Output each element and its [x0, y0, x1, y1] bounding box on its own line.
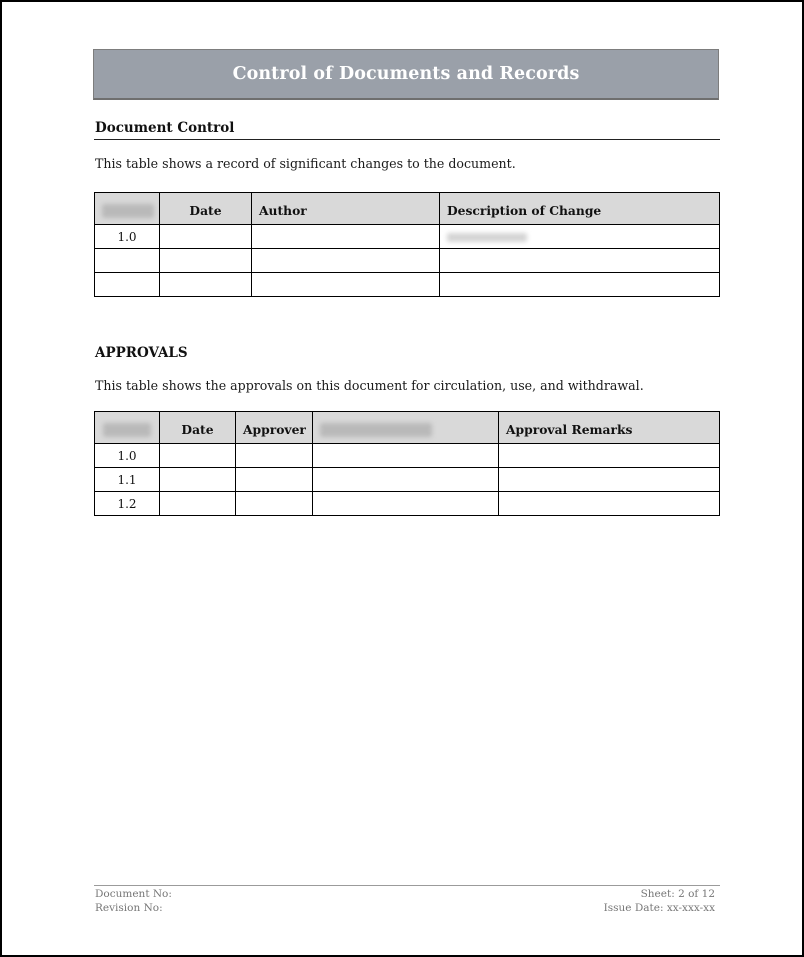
- redacted-text: [103, 423, 151, 437]
- redacted-text: [447, 233, 527, 242]
- table-header-row: Date Author Description of Change: [95, 193, 720, 225]
- revision-cell[interactable]: [95, 273, 160, 297]
- redacted-cell[interactable]: [313, 444, 499, 468]
- approval-remarks-header: Approval Remarks: [499, 412, 720, 444]
- footer-right: Sheet: 2 of 12 Issue Date: xx-xxx-xx: [604, 887, 715, 915]
- approvals-table: Date Approver Approval Remarks 1.0 1.1: [94, 411, 720, 516]
- table-row: 1.0: [95, 444, 720, 468]
- revision-header: [95, 193, 160, 225]
- description-cell[interactable]: [440, 225, 720, 249]
- approver-header: Approver: [236, 412, 313, 444]
- approver-cell[interactable]: [236, 468, 313, 492]
- author-cell[interactable]: [252, 249, 440, 273]
- date-cell[interactable]: [160, 468, 236, 492]
- description-cell[interactable]: [440, 249, 720, 273]
- table-row: [95, 273, 720, 297]
- document-control-table: Date Author Description of Change 1.0: [94, 192, 720, 297]
- revision-cell[interactable]: [95, 249, 160, 273]
- revision-header: [95, 412, 160, 444]
- footer-left: Document No: Revision No:: [95, 887, 172, 915]
- document-control-heading: Document Control: [95, 120, 234, 136]
- description-cell[interactable]: [440, 273, 720, 297]
- table-row: 1.2: [95, 492, 720, 516]
- document-title: Control of Documents and Records: [233, 64, 580, 84]
- revision-cell[interactable]: 1.0: [95, 225, 160, 249]
- redacted-cell[interactable]: [313, 468, 499, 492]
- approvals-heading: APPROVALS: [95, 345, 188, 361]
- redacted-text: [102, 204, 154, 218]
- revision-cell[interactable]: 1.0: [95, 444, 160, 468]
- table-row: 1.1: [95, 468, 720, 492]
- redacted-cell[interactable]: [313, 492, 499, 516]
- date-header: Date: [160, 193, 252, 225]
- approvals-intro: This table shows the approvals on this d…: [95, 378, 644, 393]
- author-header: Author: [252, 193, 440, 225]
- author-cell[interactable]: [252, 273, 440, 297]
- sheet-number: Sheet: 2 of 12: [604, 887, 715, 901]
- date-header: Date: [160, 412, 236, 444]
- title-banner: Control of Documents and Records: [93, 49, 719, 100]
- document-control-intro: This table shows a record of significant…: [95, 156, 516, 171]
- date-cell[interactable]: [160, 273, 252, 297]
- remarks-cell[interactable]: [499, 492, 720, 516]
- table-header-row: Date Approver Approval Remarks: [95, 412, 720, 444]
- date-cell[interactable]: [160, 225, 252, 249]
- approver-cell[interactable]: [236, 444, 313, 468]
- footer-divider: [94, 885, 720, 886]
- date-cell[interactable]: [160, 492, 236, 516]
- date-cell[interactable]: [160, 444, 236, 468]
- redacted-header: [313, 412, 499, 444]
- heading-divider: [94, 139, 720, 140]
- revision-no-label: Revision No:: [95, 901, 172, 915]
- approver-cell[interactable]: [236, 492, 313, 516]
- revision-cell[interactable]: 1.2: [95, 492, 160, 516]
- remarks-cell[interactable]: [499, 468, 720, 492]
- author-cell[interactable]: [252, 225, 440, 249]
- date-cell[interactable]: [160, 249, 252, 273]
- redacted-text: [320, 423, 432, 437]
- revision-cell[interactable]: 1.1: [95, 468, 160, 492]
- table-row: 1.0: [95, 225, 720, 249]
- table-row: [95, 249, 720, 273]
- description-header: Description of Change: [440, 193, 720, 225]
- document-page: Control of Documents and Records Documen…: [0, 0, 804, 957]
- document-no-label: Document No:: [95, 887, 172, 901]
- issue-date: Issue Date: xx-xxx-xx: [604, 901, 715, 915]
- remarks-cell[interactable]: [499, 444, 720, 468]
